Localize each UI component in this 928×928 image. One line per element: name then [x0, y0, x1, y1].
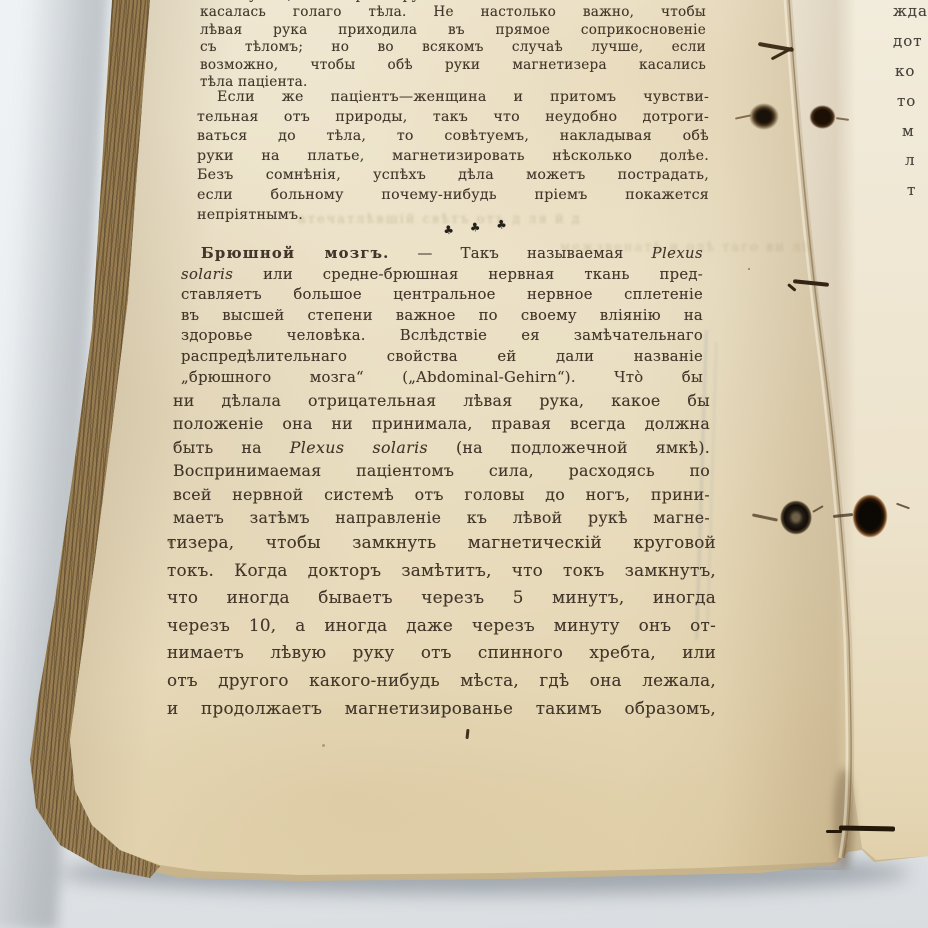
text-segment: Plexus solaris	[290, 438, 428, 457]
adjacent-page-text-fragment: ко	[895, 62, 915, 80]
text-line: руки на платье, магнетизировать нѣскольк…	[197, 147, 709, 167]
text-segment: руки на платье, магнетизировать нѣскольк…	[197, 148, 709, 164]
adjacent-page-text-fragment: жда	[893, 2, 928, 20]
paragraph: стыя лучше, чтобы правая рукакасалась го…	[200, 0, 706, 91]
text-line: тизера, чтобы замкнуть магнетическій кру…	[167, 529, 716, 557]
adjacent-page-text-fragment: дот	[893, 32, 923, 50]
text-segment: здоровье человѣка. Вслѣдствіе ея замѣчат…	[181, 327, 703, 344]
binding-hole	[849, 490, 899, 542]
text-line: нимаетъ лѣвую руку отъ спинного хребта, …	[167, 639, 716, 667]
book-photograph: атечатлѣвшій свѣтъ отъ д ля й д межзвена…	[0, 0, 928, 928]
text-line: и продолжаетъ магнетизированье такимъ об…	[167, 695, 716, 723]
text-segment: Если же паціентъ—женщина и притомъ чувст…	[217, 89, 709, 105]
text-line: ни дѣлала отрицательная лѣвая рука, како…	[173, 389, 710, 412]
gutter-shading	[720, 0, 856, 870]
text-segment: распредѣлительнаго свойства ей дали назв…	[181, 348, 703, 365]
binding-hole	[749, 103, 779, 130]
text-segment: solaris	[181, 266, 233, 283]
paragraph: тизера, чтобы замкнуть магнетическій кру…	[167, 529, 716, 722]
text-line: въ высшей степени важное по своему вліян…	[181, 306, 703, 327]
text-segment: ни дѣлала отрицательная лѣвая рука, како…	[173, 391, 710, 410]
text-segment: если больному почему-нибудь пріемъ покаж…	[197, 187, 709, 203]
binding-stitch-thread	[839, 826, 895, 832]
gutter-shadow	[834, 768, 854, 868]
text-line: solaris или средне-брюшная нервная ткань…	[181, 265, 703, 286]
paragraph: ни дѣлала отрицательная лѣвая рука, како…	[173, 389, 710, 529]
text-line: лѣвая рука приходила въ прямое соприкосн…	[200, 22, 706, 39]
text-line: Если же паціентъ—женщина и притомъ чувст…	[197, 88, 709, 108]
text-segment: маетъ затѣмъ направленіе къ лѣвой рукѣ м…	[173, 508, 710, 527]
text-line: если больному почему-нибудь пріемъ покаж…	[197, 186, 709, 206]
text-segment: „брюшного мозга“ („Abdominal-Gehirn“). Ч…	[181, 369, 703, 386]
text-segment: ставляетъ большое центральное нервное сп…	[181, 286, 703, 303]
text-segment: нимаетъ лѣвую руку отъ спинного хребта, …	[167, 642, 716, 662]
text-segment: съ тѣломъ; но во всякомъ случаѣ лучше, е…	[200, 39, 706, 55]
text-segment: Plexus	[652, 245, 703, 262]
text-line: ставляетъ большое центральное нервное сп…	[181, 285, 703, 306]
text-line: касалась голаго тѣла. Не настолько важно…	[200, 4, 706, 21]
text-line: что иногда бываетъ черезъ 5 минутъ, иног…	[167, 584, 716, 612]
text-line: ваться до тѣла, то совѣтуемъ, накладывая…	[197, 127, 709, 147]
text-segment: — Такъ называемая	[390, 245, 652, 262]
text-line: положеніе она ни принимала, правая всегд…	[173, 412, 710, 435]
paragraph: Если же паціентъ—женщина и притомъ чувст…	[197, 88, 709, 225]
paragraph: Брюшной мозгъ. — Такъ называемая Plexuss…	[181, 244, 703, 388]
text-segment: стыя лучше, чтобы правая рука	[200, 0, 437, 3]
adjacent-page-text-fragment: то	[897, 92, 916, 110]
text-segment: всей нервной системѣ отъ головы до ногъ,…	[173, 485, 710, 504]
text-line: Воспринимаемая паціентомъ сила, расходяс…	[173, 459, 710, 482]
text-segment: лѣвая рука приходила въ прямое соприкосн…	[200, 22, 706, 38]
text-segment: возможно, чтобы обѣ руки магнетизера кас…	[200, 57, 706, 73]
text-line: съ тѣломъ; но во всякомъ случаѣ лучше, е…	[200, 39, 706, 56]
text-segment: Брюшной мозгъ.	[201, 245, 390, 262]
binding-stitch-thread	[826, 830, 842, 833]
text-line: распредѣлительнаго свойства ей дали назв…	[181, 347, 703, 368]
text-line: возможно, чтобы обѣ руки магнетизера кас…	[200, 57, 706, 74]
text-line: быть на Plexus solaris (на подложечной я…	[173, 436, 710, 459]
text-line: черезъ 10, а иногда даже черезъ минуту о…	[167, 612, 716, 640]
binding-hole	[776, 496, 816, 539]
text-line: всей нервной системѣ отъ головы до ногъ,…	[173, 483, 710, 506]
text-line: „брюшного мозга“ („Abdominal-Gehirn“). Ч…	[181, 368, 703, 389]
text-segment: (на подложечной ямкѣ).	[428, 438, 710, 457]
text-line: токъ. Когда докторъ замѣтитъ, что токъ з…	[167, 557, 716, 585]
text-segment: тельная отъ природы, такъ что неудобно д…	[197, 109, 709, 125]
text-segment: Безъ сомнѣнія, успѣхъ дѣла можетъ постра…	[197, 167, 709, 183]
text-segment: Воспринимаемая паціентомъ сила, расходяс…	[173, 461, 710, 480]
text-line: отъ другого какого-нибудь мѣста, гдѣ она…	[167, 667, 716, 695]
text-segment: ваться до тѣла, то совѣтуемъ, накладывая…	[197, 128, 709, 144]
ink-speck	[322, 744, 325, 747]
text-segment: быть на	[173, 438, 290, 457]
text-segment: что иногда бываетъ черезъ 5 минутъ, иног…	[167, 587, 716, 607]
text-segment: тизера, чтобы замкнуть магнетическій кру…	[167, 532, 716, 552]
text-segment: и продолжаетъ магнетизированье такимъ об…	[167, 698, 716, 718]
text-segment: непріятнымъ.	[197, 207, 303, 223]
text-segment: касалась голаго тѣла. Не настолько важно…	[200, 4, 706, 20]
text-line: тельная отъ природы, такъ что неудобно д…	[197, 108, 709, 128]
text-segment: положеніе она ни принимала, правая всегд…	[173, 414, 710, 433]
text-segment: въ высшей степени важное по своему вліян…	[181, 307, 703, 324]
text-line: здоровье человѣка. Вслѣдствіе ея замѣчат…	[181, 326, 703, 347]
text-segment: черезъ 10, а иногда даже черезъ минуту о…	[167, 615, 716, 635]
text-segment: или средне-брюшная нервная ткань пред-	[233, 266, 703, 283]
adjacent-page-text-fragment: м	[902, 122, 915, 140]
adjacent-page-text-fragment: т	[907, 181, 916, 199]
text-segment: отъ другого какого-нибудь мѣста, гдѣ она…	[167, 670, 716, 690]
text-line: Брюшной мозгъ. — Такъ называемая Plexus	[181, 244, 703, 265]
text-line: Безъ сомнѣнія, успѣхъ дѣла можетъ постра…	[197, 166, 709, 186]
text-line: маетъ затѣмъ направленіе къ лѣвой рукѣ м…	[173, 506, 710, 529]
binding-hole	[806, 102, 839, 132]
text-segment: токъ. Когда докторъ замѣтитъ, что токъ з…	[167, 560, 716, 580]
adjacent-page-text-fragment: л	[905, 151, 916, 169]
